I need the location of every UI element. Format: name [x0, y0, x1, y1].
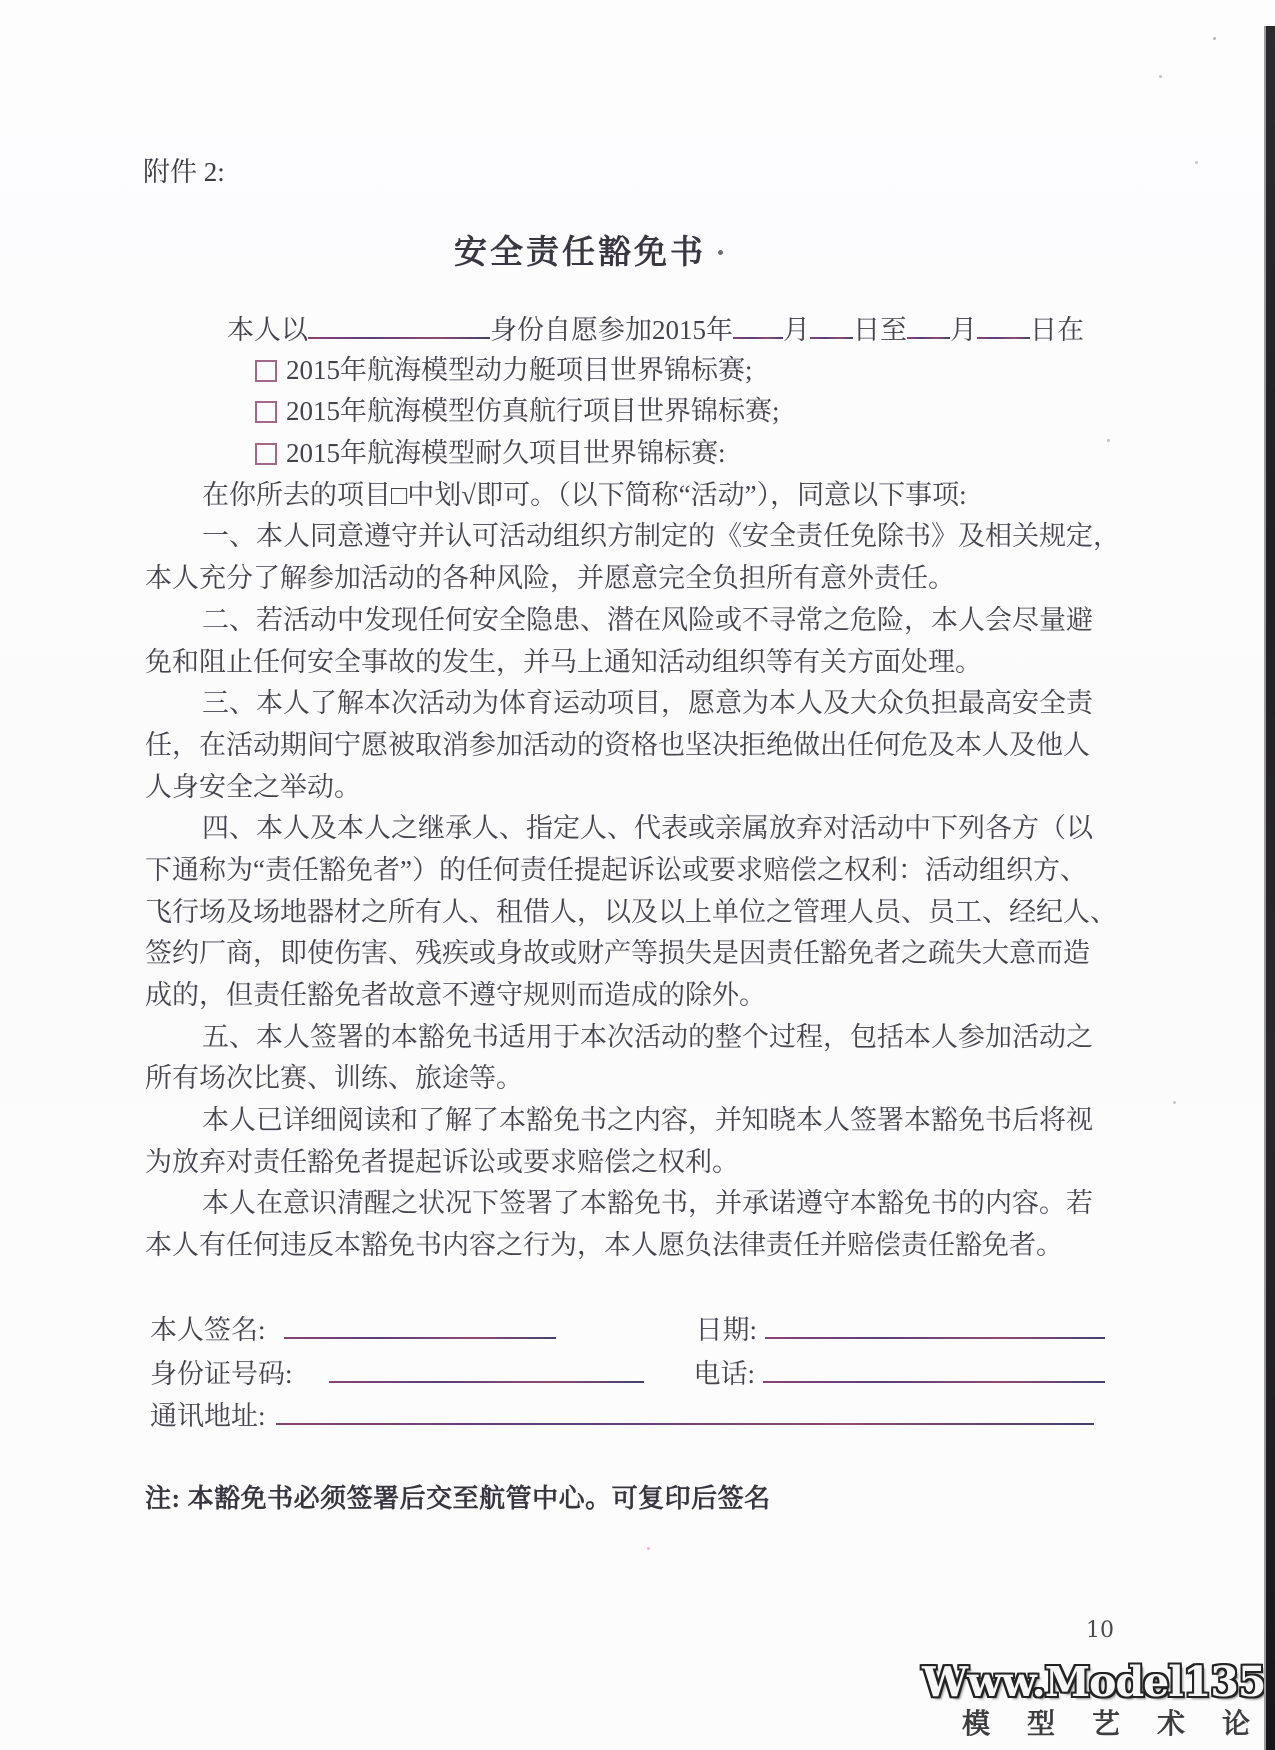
intro-text: 日在: [1030, 310, 1084, 352]
signature-name-label: 本人签名:: [150, 1310, 266, 1350]
attachment-label: 附件 2:: [143, 150, 225, 189]
body-line: 三、本人了解本次活动为体育运动项目，愿意为本人及大众负担最高安全责: [145, 683, 1145, 725]
intro-text: 月: [950, 310, 977, 352]
body-line: 签约厂商，即使伤害、残疾或身故或财产等损失是因责任豁免者之疏失大意而造: [145, 933, 1145, 975]
scanner-edge-artifact: [1264, 26, 1275, 1750]
body-line: 下通称为“责任豁免者”）的任何责任提起诉讼或要求赔偿之权利：活动组织方、: [145, 850, 1145, 892]
identity-blank-field[interactable]: [308, 308, 490, 339]
event-option-row: 2015年航海模型耐久项目世界锦标赛:: [145, 433, 1145, 475]
body-line: 任，在活动期间宁愿被取消参加活动的资格也坚决拒绝做出任何危及本人及他人: [145, 725, 1145, 767]
month-blank-field[interactable]: [733, 308, 783, 339]
footer-note: 注: 本豁免书必须签署后交至航管中心。可复印后签名: [145, 1478, 771, 1515]
body-line: 飞行场及场地器材之所有人、租借人，以及以上单位之管理人员、员工、经纪人、: [145, 892, 1145, 934]
signature-row: 本人签名: 日期:: [150, 1308, 1115, 1348]
note-label: 注:: [145, 1484, 181, 1513]
event-option-row: 2015年航海模型动力艇项目世界锦标赛;: [145, 350, 1145, 392]
address-field[interactable]: [276, 1394, 1094, 1425]
phone-label: 电话:: [694, 1354, 756, 1394]
checkbox[interactable]: [255, 401, 277, 423]
checkbox[interactable]: [255, 360, 277, 382]
intro-text: 日至: [853, 310, 907, 352]
body-line: 一、本人同意遵守并认可活动组织方制定的《安全责任免除书》及相关规定，: [145, 516, 1145, 558]
document-body: 本人以身份自愿参加2015年月日至月日在 2015年航海模型动力艇项目世界锦标赛…: [145, 308, 1145, 1267]
body-line: 所有场次比赛、训练、旅途等。: [145, 1058, 1145, 1100]
body-line: 人身安全之举动。: [145, 767, 1145, 809]
body-line: 本人有任何违反本豁免书内容之行为，本人愿负法律责任并赔偿责任豁免者。: [145, 1225, 1145, 1267]
intro-text: 月: [783, 310, 810, 352]
document-page: 附件 2: 安全责任豁免书 本人以身份自愿参加2015年月日至月日在 2015年…: [0, 0, 1275, 1750]
intro-text: 身份自愿参加2015年: [490, 310, 733, 352]
address-label: 通讯地址:: [150, 1396, 266, 1436]
body-line: 免和阻止任何安全事故的发生，并马上通知活动组织等有关方面处理。: [145, 642, 1145, 684]
body-line: 本人在意识清醒之状况下签署了本豁免书，并承诺遵守本豁免书的内容。若: [145, 1183, 1145, 1225]
body-line: 五、本人签署的本豁免书适用于本次活动的整个过程，包括本人参加活动之: [145, 1017, 1145, 1059]
body-line: 为放弃对责任豁免者提起诉讼或要求赔偿之权利。: [145, 1142, 1145, 1184]
event-option-label: 2015年航海模型动力艇项目世界锦标赛;: [286, 350, 753, 392]
intro-line: 本人以身份自愿参加2015年月日至月日在: [145, 308, 1145, 350]
signature-row: 通讯地址:: [150, 1394, 1115, 1434]
intro-text: 本人以: [227, 310, 308, 352]
signature-name-field[interactable]: [284, 1308, 556, 1339]
event-option-label: 2015年航海模型耐久项目世界锦标赛:: [286, 433, 726, 475]
date-field[interactable]: [765, 1308, 1105, 1339]
scan-dot-artifact: [718, 250, 723, 255]
checkbox[interactable]: [255, 443, 277, 465]
signature-row: 身份证号码: 电话:: [150, 1352, 1115, 1392]
body-line: 四、本人及本人之继承人、指定人、代表或亲属放弃对活动中下列各方（以: [145, 808, 1145, 850]
id-number-field[interactable]: [329, 1352, 644, 1383]
event-option-label: 2015年航海模型仿真航行项目世界锦标赛;: [286, 391, 780, 433]
watermark-forum-name: 模 型 艺 术 论 坛: [962, 1702, 1275, 1742]
page-number: 10: [1086, 1618, 1114, 1643]
body-line: 在你所去的项目□中划√即可。（以下简称“活动”），同意以下事项:: [145, 475, 1145, 517]
body-line: 成的，但责任豁免者故意不遵守规则而造成的除外。: [145, 975, 1145, 1017]
scan-speck: [1213, 37, 1216, 40]
day-blank-field[interactable]: [977, 308, 1030, 339]
event-option-row: 2015年航海模型仿真航行项目世界锦标赛;: [145, 391, 1145, 433]
id-number-label: 身份证号码:: [150, 1354, 293, 1394]
date-label: 日期:: [696, 1310, 758, 1350]
note-text: 本豁免书必须签署后交至航管中心。可复印后签名: [188, 1484, 771, 1513]
day-blank-field[interactable]: [810, 308, 853, 339]
phone-field[interactable]: [763, 1352, 1105, 1383]
body-line: 本人充分了解参加活动的各种风险，并愿意完全负担所有意外责任。: [145, 558, 1145, 600]
month-blank-field[interactable]: [907, 308, 950, 339]
body-line: 二、若活动中发现任何安全隐患、潜在风险或不寻常之危险，本人会尽量避: [145, 600, 1145, 642]
page-title: 安全责任豁免书: [0, 226, 1160, 273]
watermark-url: Www.Model135.Com: [922, 1658, 1275, 1706]
body-line: 本人已详细阅读和了解了本豁免书之内容，并知晓本人签署本豁免书后将视: [145, 1100, 1145, 1142]
